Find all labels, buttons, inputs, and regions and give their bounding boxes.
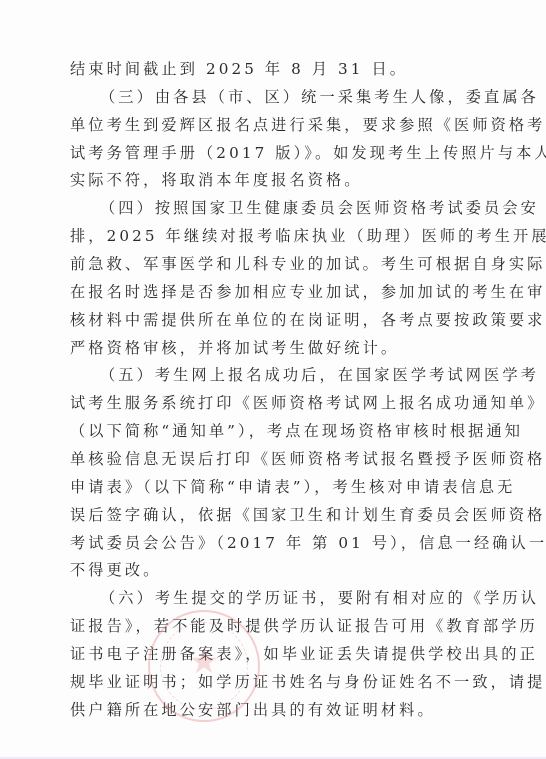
text-line: 在报名时选择是否参加相应专业加试，参加加试的考生在审 xyxy=(70,279,480,307)
text-line: 结束时间截止到 2025 年 8 月 31 日。 xyxy=(70,56,480,84)
text-line: 单位考生到爱辉区报名点进行采集，要求参照《医师资格考 xyxy=(70,112,480,140)
text-line: 试考务管理手册（2017 版）》。如发现考生上传照片与本人 xyxy=(70,140,480,168)
text-line: 严格资格审核，并将加试考生做好统计。 xyxy=(70,335,480,363)
text-line-paragraph-6: （六）考生提交的学历证书，要附有相对应的《学历认 xyxy=(70,585,480,613)
text-line: 单核验信息无误后打印《医师资格考试报名暨授予医师资格 xyxy=(70,446,480,474)
text-line: 规毕业证明书；如学历证书姓名与身份证姓名不一致，请提 xyxy=(70,669,480,697)
text-line: 考试委员会公告》（2017 年 第 01 号），信息一经确认一律 xyxy=(70,530,480,558)
text-line-paragraph-3: （三）由各县（市、区）统一采集考生人像，委直属各 xyxy=(70,84,480,112)
text-line-paragraph-4: （四）按照国家卫生健康委员会医师资格考试委员会安 xyxy=(70,195,480,223)
text-line: 证书电子注册备案表》，如毕业证丢失请提供学校出具的正 xyxy=(70,641,480,669)
text-line: 前急救、军事医学和儿科专业的加试。考生可根据自身实际， xyxy=(70,251,480,279)
text-line: 误后签字确认，依据《国家卫生和计划生育委员会医师资格 xyxy=(70,502,480,530)
text-line-paragraph-5: （五）考生网上报名成功后，在国家医学考试网医学考 xyxy=(70,362,480,390)
text-line: 不得更改。 xyxy=(70,557,480,585)
text-line: 申请表》（以下简称“申请表”），考生核对申请表信息无 xyxy=(70,474,480,502)
text-line: （以下简称“通知单”），考点在现场资格审核时根据通知 xyxy=(70,418,480,446)
document-body: 结束时间截止到 2025 年 8 月 31 日。 （三）由各县（市、区）统一采集… xyxy=(70,56,480,725)
text-line: 核材料中需提供所在单位的在岗证明，各考点要按政策要求 xyxy=(70,307,480,335)
text-line: 证报告》，若不能及时提供学历认证报告可用《教育部学历 xyxy=(70,613,480,641)
document-page: 结束时间截止到 2025 年 8 月 31 日。 （三）由各县（市、区）统一采集… xyxy=(0,0,546,759)
text-line: 实际不符，将取消本年度报名资格。 xyxy=(70,167,480,195)
text-line: 供户籍所在地公安部门出具的有效证明材料。 xyxy=(70,697,480,725)
text-line: 试考生服务系统打印《医师资格考试网上报名成功通知单》 xyxy=(70,390,480,418)
text-line: 排，2025 年继续对报考临床执业（助理）医师的考生开展院 xyxy=(70,223,480,251)
